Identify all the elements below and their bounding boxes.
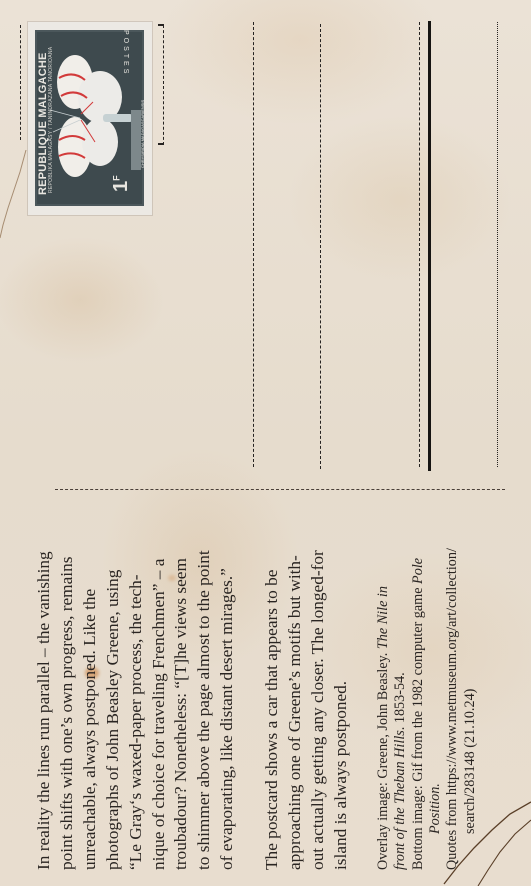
stamp-frame-tick [158,143,164,145]
text-line: The postcard shows a car that appears to… [261,480,284,870]
stamp-postes-label: POSTES [122,30,129,76]
credit-quotes-cont: search/283148 (21.10.24) [462,480,479,870]
text-line: nique of choice for traveling Frenchmen”… [148,480,171,870]
credit-bottom: Bottom image: Gif from the 1982 computer… [410,480,427,870]
credit-quotes: Quotes from https://www.metmuseum.org/ar… [444,480,461,870]
text-line: In reality the lines run parallel – the … [33,480,56,870]
credits: Overlay image: Greene, John Beasley. The… [375,480,479,870]
address-line-4 [497,22,498,467]
text-line: to shimmer above the page almost to the … [193,480,216,870]
text-line: out actually getting any closer. The lon… [307,480,330,870]
text-line: troubadour? Nonetheless: “[T]he views se… [170,480,193,870]
stamp-frame-right [163,25,164,145]
address-line-2 [320,24,321,469]
text-line: of evaporating, like distant desert mira… [216,480,239,870]
text-line: island is always postponed. [330,480,353,870]
text-line: approaching one of Greene’s motifs but w… [284,480,307,870]
address-line-3 [419,22,420,467]
stamp-frame-left [20,25,21,140]
stamp-value: 1F [110,175,133,192]
text-line: point shifts with one’s own progress, re… [56,480,79,870]
stamp-country-malagasy: REPOBLIKA MALAGASY / TANINDRAZANA TANORI… [48,47,54,193]
credit-overlay-cont: front of the Theban Hills. 1853-54. [392,480,409,870]
postage-stamp: CHRYSIRIDIA MADAGASCARIENSIS REPUBLIQUE … [28,22,152,215]
address-line-1 [253,22,254,467]
paragraph-vanishing-point: In reality the lines run parallel – the … [33,480,239,870]
message-area: In reality the lines run parallel – the … [33,480,479,870]
species-label: CHRYSIRIDIA MADAGASCARIENSIS [131,110,141,170]
credit-overlay: Overlay image: Greene, John Beasley. The… [375,480,392,870]
address-line-solid [428,21,431,471]
text-line: photographs of John Beasley Greene, usin… [102,480,125,870]
stamp-frame-tick [158,24,164,26]
credit-bottom-cont: Position. [427,480,444,870]
text-line: unreachable, always postponed. Like the [79,480,102,870]
paragraph-postcard-car: The postcard shows a car that appears to… [261,480,353,870]
text-line: “Le Gray‘s waxed-paper process, the tech… [125,480,148,870]
